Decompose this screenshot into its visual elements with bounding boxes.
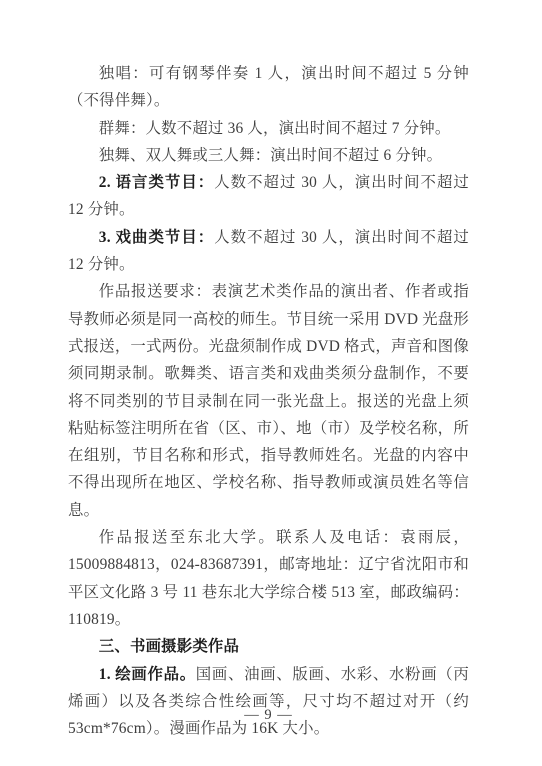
section-heading-calligraphy-photography: 三、书画摄影类作品: [68, 633, 469, 660]
document-page: 独唱：可有钢琴伴奏 1 人，演出时间不超过 5 分钟（不得伴舞）。 群舞：人数不…: [0, 0, 542, 766]
para-submission-address: 作品报送至东北大学。联系人及电话：袁雨辰，15009884813，024-836…: [68, 524, 469, 633]
paragraph-text: 作品报送至东北大学。联系人及电话：袁雨辰，15009884813，024-836…: [68, 529, 469, 628]
paragraph-text: 独舞、双人舞或三人舞：演出时间不超过 6 分钟。: [99, 147, 442, 164]
page-number: — 9 —: [68, 702, 469, 729]
para-solo-duo-trio-dance: 独舞、双人舞或三人舞：演出时间不超过 6 分钟。: [68, 142, 469, 169]
paragraph-bold-label: 1. 绘画作品。: [99, 666, 196, 683]
para-opera-programs: 3. 戏曲类节目：人数不超过 30 人，演出时间不超过 12 分钟。: [68, 224, 469, 279]
paragraph-text: 独唱：可有钢琴伴奏 1 人，演出时间不超过 5 分钟（不得伴舞）。: [68, 65, 469, 109]
paragraph-text: 群舞：人数不超过 36 人，演出时间不超过 7 分钟。: [99, 120, 451, 137]
paragraph-bold-label: 2. 语言类节目：: [99, 174, 214, 191]
document-body: 独唱：可有钢琴伴奏 1 人，演出时间不超过 5 分钟（不得伴舞）。 群舞：人数不…: [68, 60, 469, 742]
paragraph-bold-label: 三、书画摄影类作品: [99, 638, 239, 655]
para-language-programs: 2. 语言类节目：人数不超过 30 人，演出时间不超过 12 分钟。: [68, 169, 469, 224]
paragraph-bold-label: 3. 戏曲类节目：: [99, 229, 214, 246]
paragraph-text: 作品报送要求：表演艺术类作品的演出者、作者或指导教师必须是同一高校的师生。节目统…: [68, 283, 469, 518]
para-group-dance: 群舞：人数不超过 36 人，演出时间不超过 7 分钟。: [68, 115, 469, 142]
para-solo-singing: 独唱：可有钢琴伴奏 1 人，演出时间不超过 5 分钟（不得伴舞）。: [68, 60, 469, 115]
para-submission-requirements: 作品报送要求：表演艺术类作品的演出者、作者或指导教师必须是同一高校的师生。节目统…: [68, 278, 469, 524]
